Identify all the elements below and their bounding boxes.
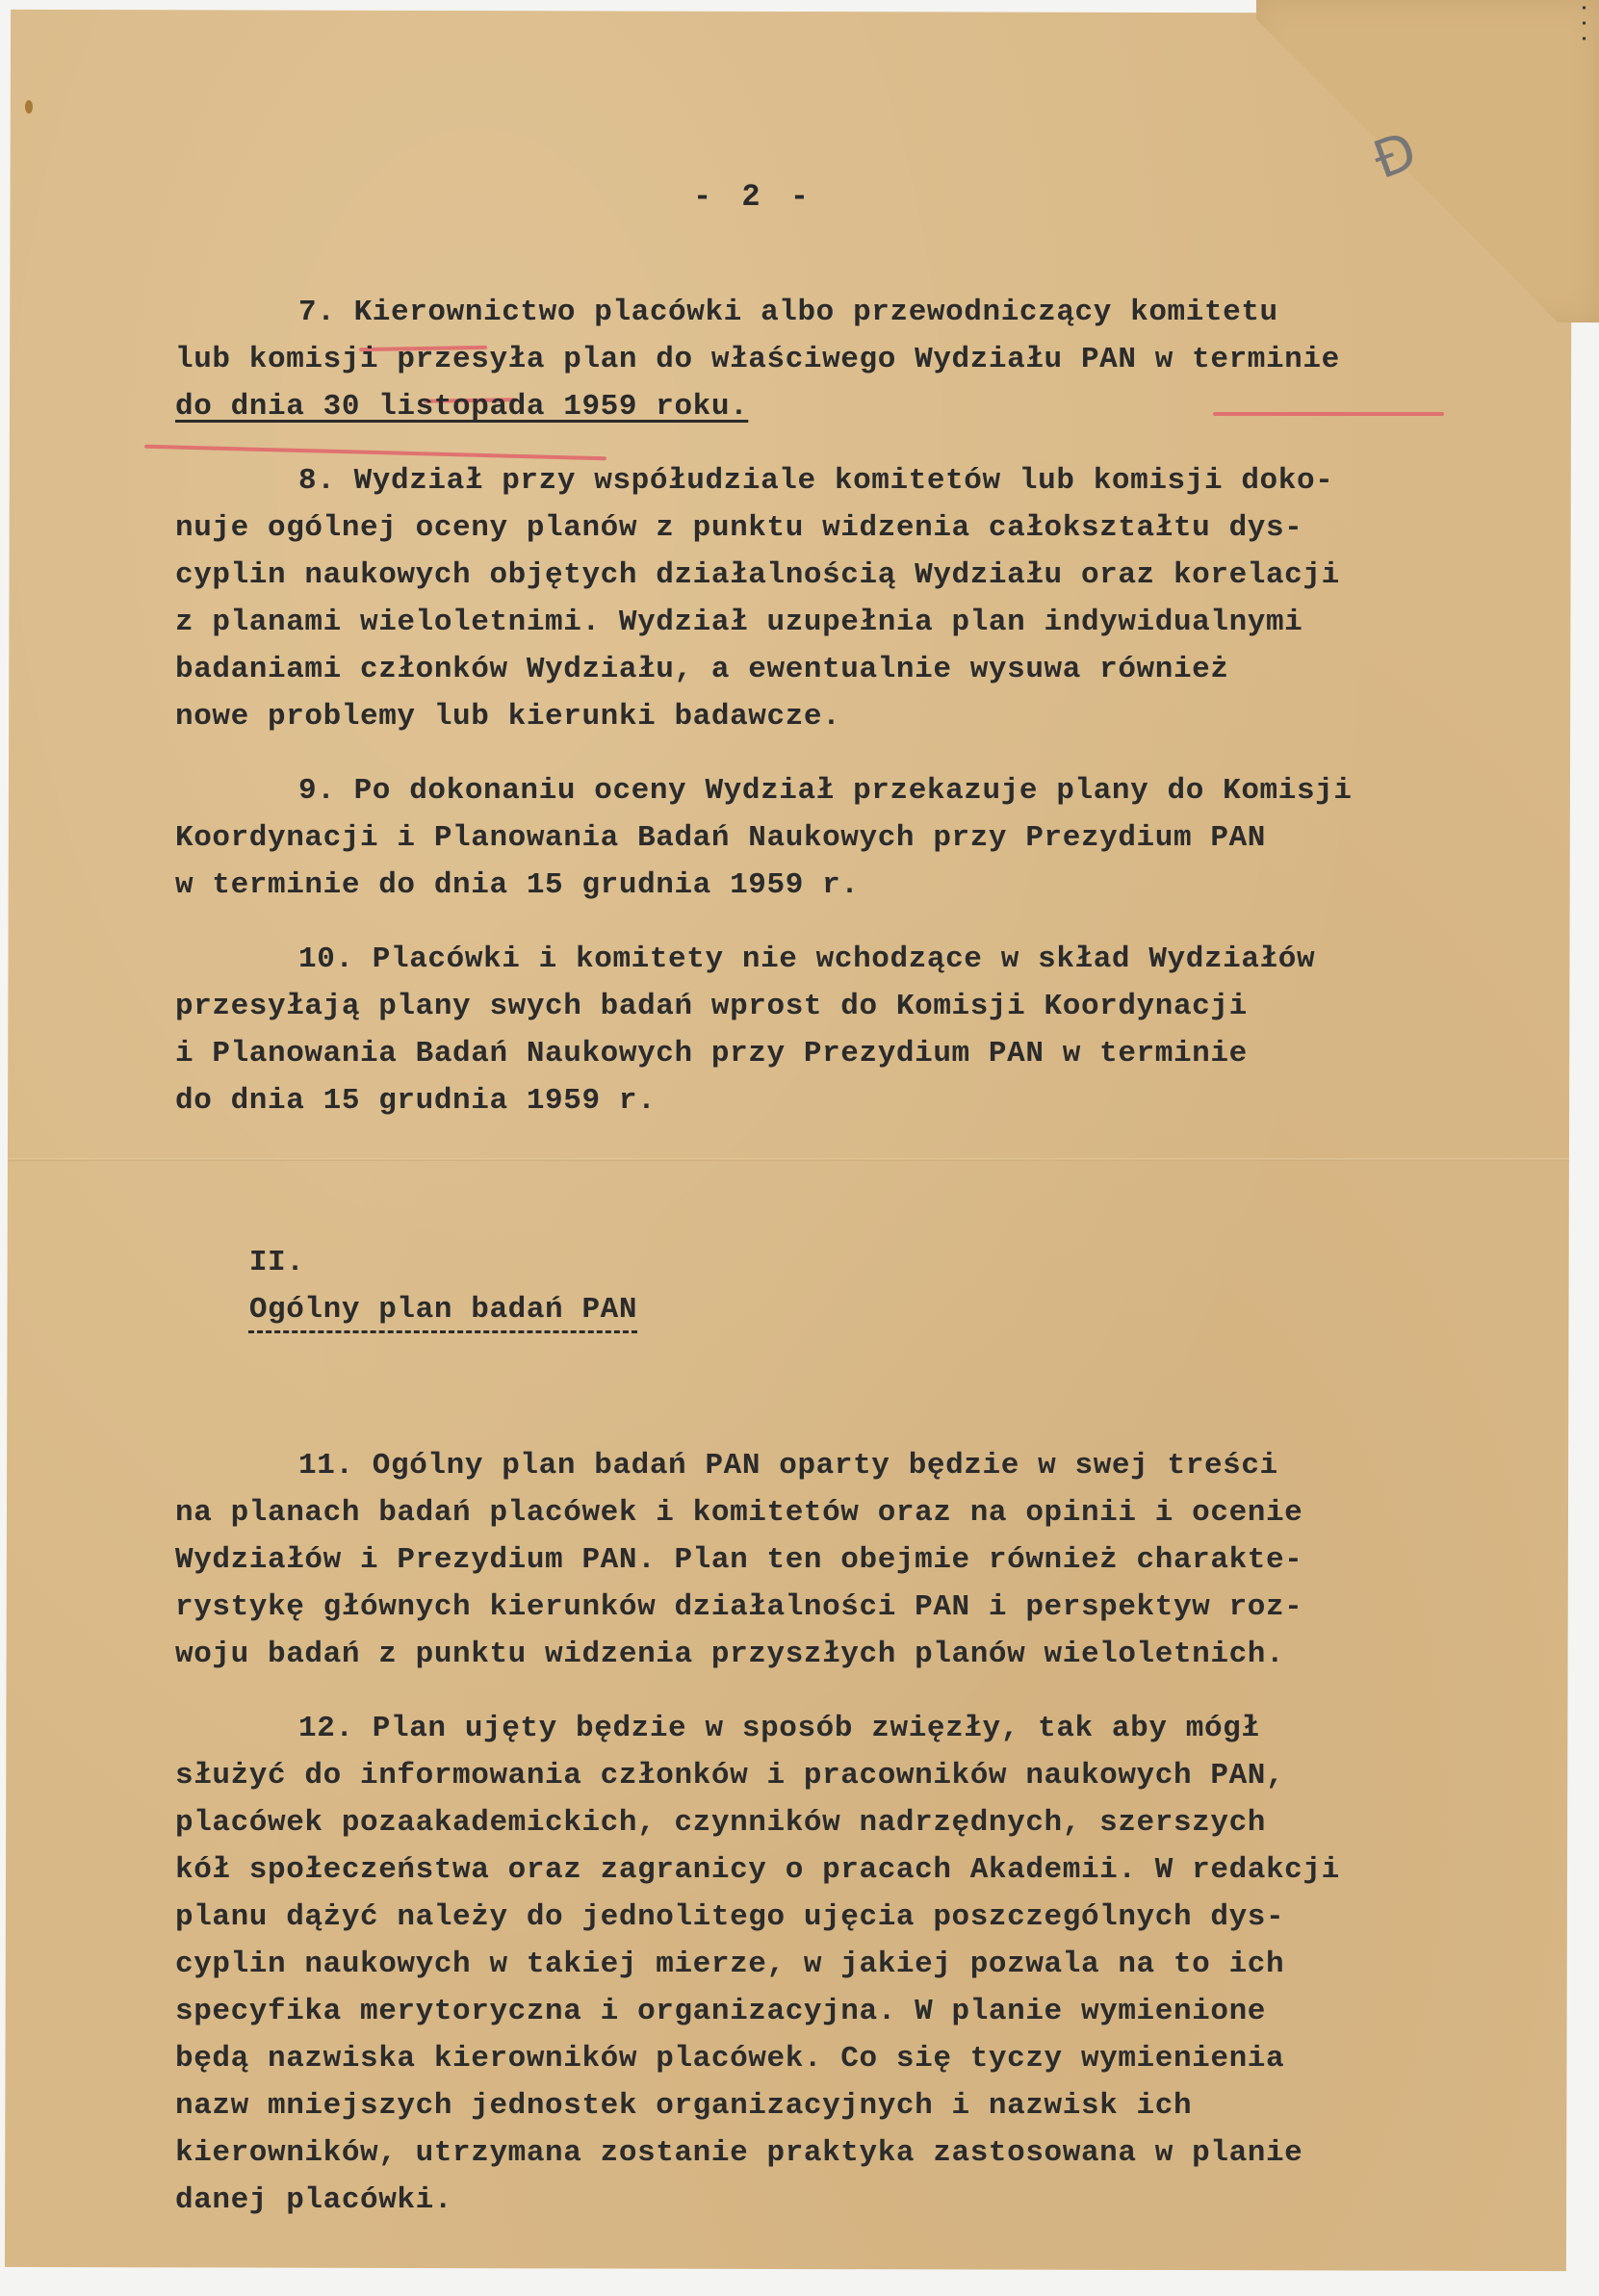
text-line: 10. Placówki i komitety nie wchodzące w … (175, 936, 1465, 983)
deadline-line: w terminie do dnia 15 grudnia 1959 r. (175, 862, 1465, 909)
text-line: nuje ogólnej oceny planów z punktu widze… (175, 504, 1465, 552)
section-title: Ogólny plan badań PAN (249, 1293, 637, 1327)
paragraph-7: 7. Kierownictwo placówki albo przewodnic… (175, 289, 1465, 430)
text-line: Wydziałów i Prezydium PAN. Plan ten obej… (175, 1536, 1465, 1584)
text-line: Koordynacji i Planowania Badań Naukowych… (175, 814, 1465, 862)
paragraph-8: 8. Wydział przy współudziale komitetów l… (175, 457, 1465, 740)
text-line: specyfika merytoryczna i organizacyjna. … (175, 1988, 1465, 2035)
text-line: cyplin naukowych objętych działalnością … (175, 552, 1465, 599)
deadline-line: do dnia 30 listopada 1959 roku. (175, 383, 1465, 430)
text-line: cyplin naukowych w takiej mierze, w jaki… (175, 1941, 1465, 1988)
text-line: będą nazwiska kierowników placówek. Co s… (175, 2035, 1465, 2082)
text-line: 7. Kierownictwo placówki albo przewodnic… (175, 289, 1465, 336)
text-line: 12. Plan ujęty będzie w sposób zwięzły, … (175, 1705, 1465, 1752)
paragraph-11: 11. Ogólny plan badań PAN oparty będzie … (175, 1442, 1465, 1678)
text-line: z planami wieloletnimi. Wydział uzupełni… (175, 599, 1465, 646)
text-line: przesyłają plany swych badań wprost do K… (175, 983, 1465, 1030)
text-line: woju badań z punktu widzenia przyszłych … (175, 1631, 1465, 1678)
text-line: 8. Wydział przy współudziale komitetów l… (175, 457, 1465, 504)
strip-edge-text: ... (1579, 2, 1598, 48)
text-line: kół społeczeństwa oraz zagranicy o praca… (175, 1846, 1465, 1894)
paragraph-10: 10. Placówki i komitety nie wchodzące w … (175, 936, 1465, 1124)
text-line: 11. Ogólny plan badań PAN oparty będzie … (175, 1442, 1465, 1489)
text-line: badaniami członków Wydziału, a ewentualn… (175, 646, 1465, 693)
page-number: - 2 - (693, 179, 814, 215)
text-line: rystykę głównych kierunków działalności … (175, 1584, 1465, 1631)
deadline-line: do dnia 15 grudnia 1959 r. (175, 1077, 1465, 1124)
text-line: nowe problemy lub kierunki badawcze. (175, 693, 1465, 740)
text-line: służyć do informowania członków i pracow… (175, 1752, 1465, 1799)
text-line: placówek pozaakademickich, czynników nad… (175, 1799, 1465, 1846)
text-line: danej placówki. (175, 2177, 1465, 2224)
paragraph-12: 12. Plan ujęty będzie w sposób zwięzły, … (175, 1705, 1465, 2224)
text-line: i Planowania Badań Naukowych przy Prezyd… (175, 1030, 1465, 1077)
text-line: planu dążyć należy do jednolitego ujęcia… (175, 1894, 1465, 1941)
text-line: na planach badań placówek i komitetów or… (175, 1489, 1465, 1536)
document-body: 7. Kierownictwo placówki albo przewodnic… (175, 289, 1465, 2251)
text-line: 9. Po dokonaniu oceny Wydział przekazuje… (175, 767, 1465, 814)
section-heading: II. Ogólny plan badań PAN (175, 1192, 1465, 1380)
text-line: nazw mniejszych jednostek organizacyjnyc… (175, 2082, 1465, 2129)
text-line: kierowników, utrzymana zostanie praktyka… (175, 2129, 1465, 2177)
stain-mark (25, 100, 33, 114)
paragraph-9: 9. Po dokonaniu oceny Wydział przekazuje… (175, 767, 1465, 909)
text-line: lub komisji przesyła plan do właściwego … (175, 336, 1465, 383)
section-number: II. (249, 1239, 365, 1286)
